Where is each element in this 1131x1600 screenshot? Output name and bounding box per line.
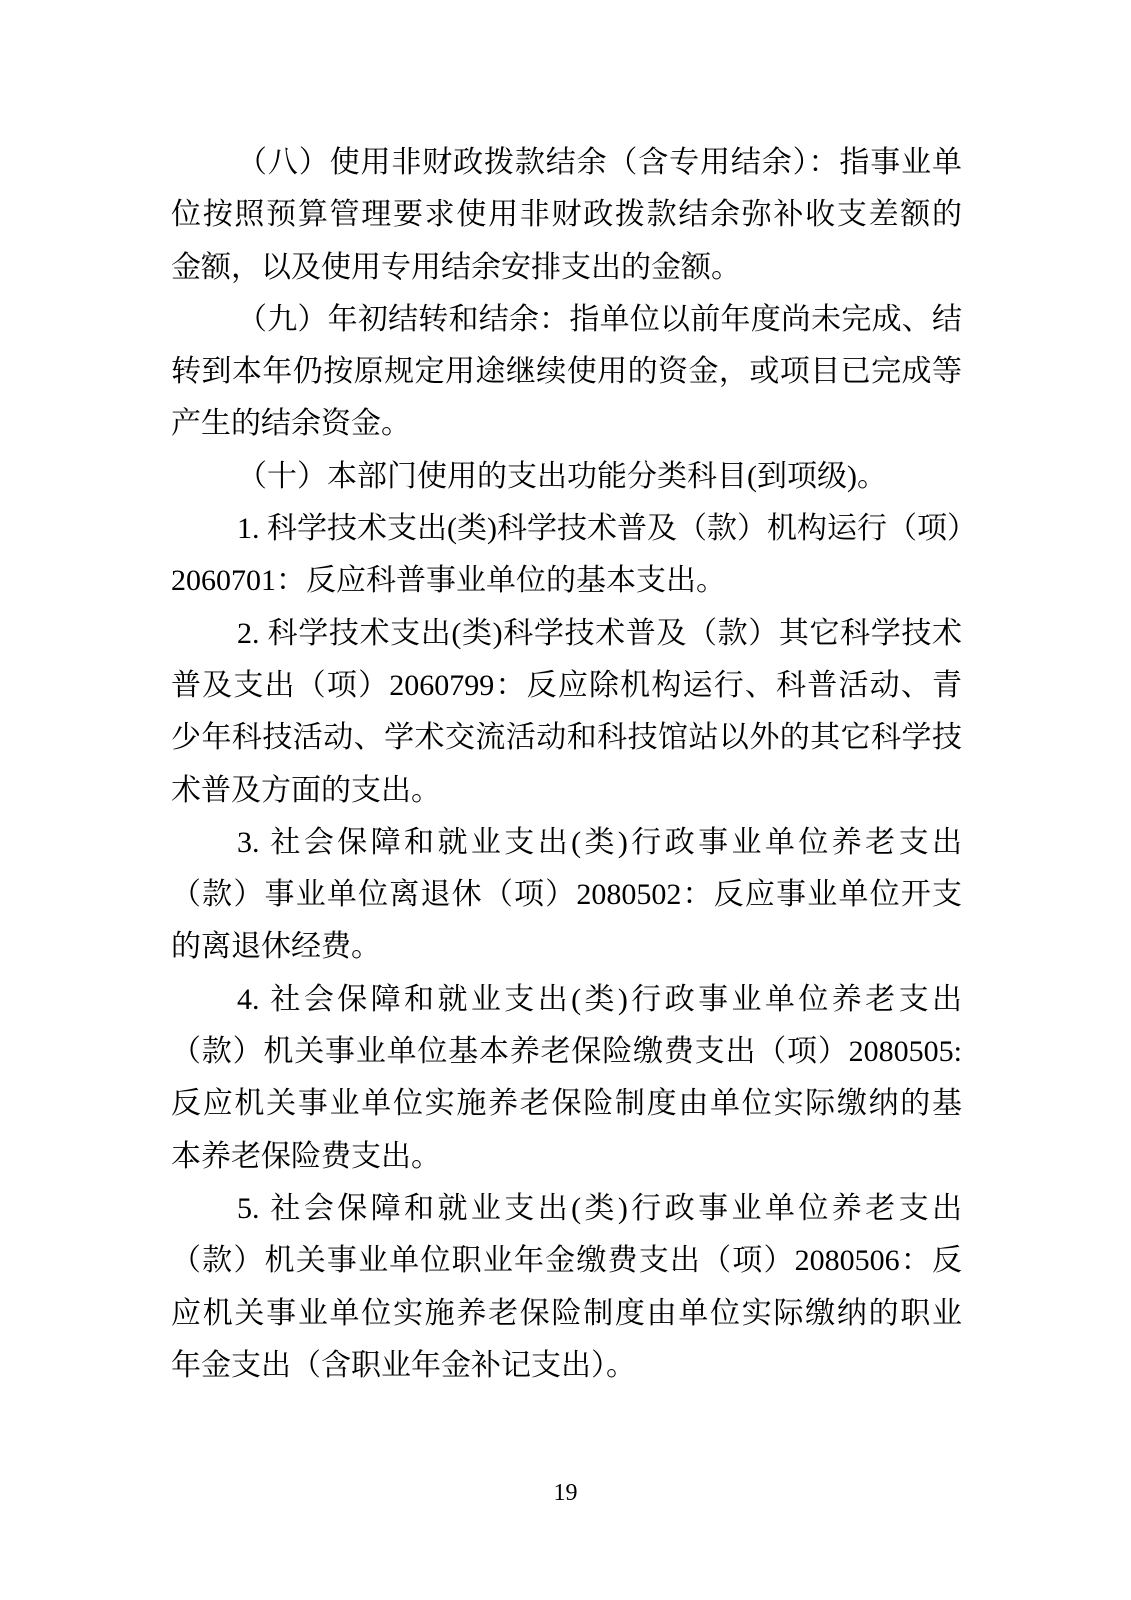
document-page: （八）使用非财政拨款结余（含专用结余）：指事业单 位按照预算管理要求使用非财政拨… <box>0 0 1131 1600</box>
text-line: 2060701：反应科普事业单位的基本支出。 <box>171 555 962 607</box>
text-line: 本养老保险费支出。 <box>171 1131 962 1183</box>
text-line: （款）事业单位离退休（项）2080502：反应事业单位开支 <box>171 869 962 921</box>
text-line: （款）机关事业单位基本养老保险缴费支出（项）2080505: <box>171 1026 962 1078</box>
text-line: 2. 科学技术支出(类)科学技术普及（款）其它科学技术 <box>171 608 962 660</box>
text-line: 位按照预算管理要求使用非财政拨款结余弥补收支差额的 <box>171 189 962 241</box>
text-line: 反应机关事业单位实施养老保险制度由单位实际缴纳的基 <box>171 1078 962 1130</box>
text-line: （八）使用非财政拨款结余（含专用结余）：指事业单 <box>171 137 962 189</box>
text-line: 应机关事业单位实施养老保险制度由单位实际缴纳的职业 <box>171 1288 962 1340</box>
paragraph-item-10-2: 2. 科学技术支出(类)科学技术普及（款）其它科学技术 普及支出（项）20607… <box>171 608 962 817</box>
text-line: 金额，以及使用专用结余安排支出的金额。 <box>171 242 962 294</box>
text-line: 年金支出（含职业年金补记支出）。 <box>171 1340 962 1392</box>
paragraph-item-10-3: 3. 社会保障和就业支出(类)行政事业单位养老支出 （款）事业单位离退休（项）2… <box>171 817 962 974</box>
text-line: 术普及方面的支出。 <box>171 765 962 817</box>
text-line: 转到本年仍按原规定用途继续使用的资金，或项目已完成等 <box>171 346 962 398</box>
text-line: 产生的结余资金。 <box>171 398 962 450</box>
text-line: 的离退休经费。 <box>171 921 962 973</box>
text-line: 3. 社会保障和就业支出(类)行政事业单位养老支出 <box>171 817 962 869</box>
text-line: 少年科技活动、学术交流活动和科技馆站以外的其它科学技 <box>171 712 962 764</box>
document-body: （八）使用非财政拨款结余（含专用结余）：指事业单 位按照预算管理要求使用非财政拨… <box>171 137 962 1392</box>
paragraph-item-10-1: 1. 科学技术支出(类)科学技术普及（款）机构运行（项） 2060701：反应科… <box>171 503 962 608</box>
paragraph-item-10-5: 5. 社会保障和就业支出(类)行政事业单位养老支出 （款）机关事业单位职业年金缴… <box>171 1183 962 1392</box>
paragraph-item-8: （八）使用非财政拨款结余（含专用结余）：指事业单 位按照预算管理要求使用非财政拨… <box>171 137 962 294</box>
text-line: 5. 社会保障和就业支出(类)行政事业单位养老支出 <box>171 1183 962 1235</box>
paragraph-item-10: （十）本部门使用的支出功能分类科目(到项级)。 <box>171 451 962 503</box>
text-line: （款）机关事业单位职业年金缴费支出（项）2080506：反 <box>171 1235 962 1287</box>
paragraph-item-10-4: 4. 社会保障和就业支出(类)行政事业单位养老支出 （款）机关事业单位基本养老保… <box>171 974 962 1183</box>
text-line: 普及支出（项）2060799：反应除机构运行、科普活动、青 <box>171 660 962 712</box>
text-line: （十）本部门使用的支出功能分类科目(到项级)。 <box>171 451 962 503</box>
page-number: 19 <box>0 1478 1131 1508</box>
text-line: 4. 社会保障和就业支出(类)行政事业单位养老支出 <box>171 974 962 1026</box>
text-line: 1. 科学技术支出(类)科学技术普及（款）机构运行（项） <box>171 503 962 555</box>
text-line: （九）年初结转和结余：指单位以前年度尚未完成、结 <box>171 294 962 346</box>
paragraph-item-9: （九）年初结转和结余：指单位以前年度尚未完成、结 转到本年仍按原规定用途继续使用… <box>171 294 962 451</box>
